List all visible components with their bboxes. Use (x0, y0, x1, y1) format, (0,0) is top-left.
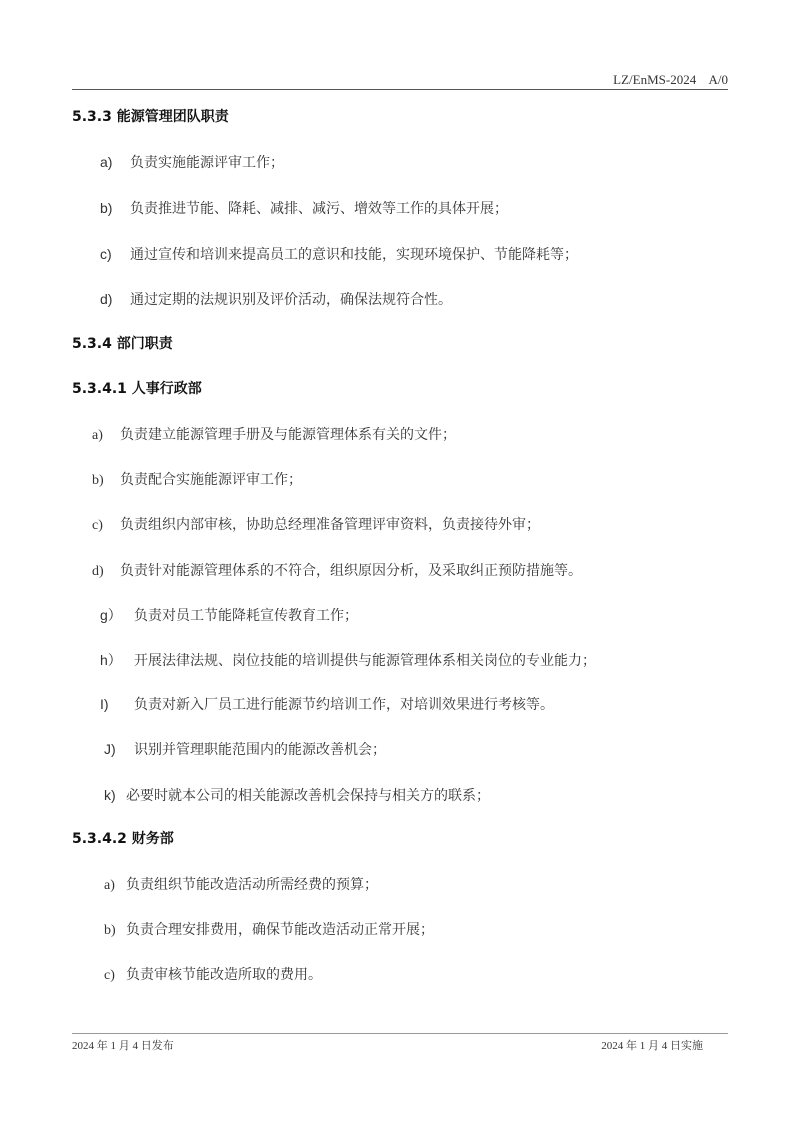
section-heading-5-3-3: 5.3.3 能源管理团队职责 (72, 106, 229, 126)
header-rule (72, 89, 728, 90)
section-heading-5-3-4: 5.3.4 部门职责 (72, 333, 173, 353)
footer-rule (72, 1033, 728, 1034)
list-item: c)通过宣传和培训来提高员工的意识和技能，实现环境保护、节能降耗等； (100, 244, 578, 264)
issue-date: 2024 年 1 月 4 日发布 (72, 1037, 174, 1053)
list-item: d)负责针对能源管理体系的不符合，组织原因分析，及采取纠正预防措施等。 (92, 560, 582, 580)
list-item: d)通过定期的法规识别及评价活动，确保法规符合性。 (100, 289, 452, 309)
list-item: c)负责审核节能改造所取的费用。 (104, 964, 322, 984)
list-item: a)负责实施能源评审工作； (100, 152, 284, 172)
list-item: I)负责对新入厂员工进行能源节约培训工作，对培训效果进行考核等。 (100, 694, 554, 714)
list-item: k)必要时就本公司的相关能源改善机会保持与相关方的联系； (104, 785, 490, 805)
document-code: LZ/EnMS-2024 A/0 (613, 72, 728, 88)
section-heading-5-3-4-1: 5.3.4.1 人事行政部 (72, 378, 202, 398)
list-item: b)负责合理安排费用，确保节能改造活动正常开展； (104, 919, 434, 939)
list-item: g）负责对员工节能降耗宣传教育工作； (100, 605, 358, 625)
list-item: c)负责组织内部审核，协助总经理准备管理评审资料，负责接待外审； (92, 514, 540, 534)
list-item: a)负责建立能源管理手册及与能源管理体系有关的文件； (92, 424, 456, 444)
list-item: a)负责组织节能改造活动所需经费的预算； (104, 874, 378, 894)
list-item: h）开展法律法规、岗位技能的培训提供与能源管理体系相关岗位的专业能力； (100, 650, 596, 670)
list-item: b)负责推进节能、降耗、减排、减污、增效等工作的具体开展； (100, 198, 508, 218)
list-item: b)负责配合实施能源评审工作； (92, 469, 302, 489)
section-heading-5-3-4-2: 5.3.4.2 财务部 (72, 828, 174, 848)
effective-date: 2024 年 1 月 4 日实施 (601, 1037, 703, 1053)
list-item: J)识别并管理职能范围内的能源改善机会； (104, 739, 386, 759)
